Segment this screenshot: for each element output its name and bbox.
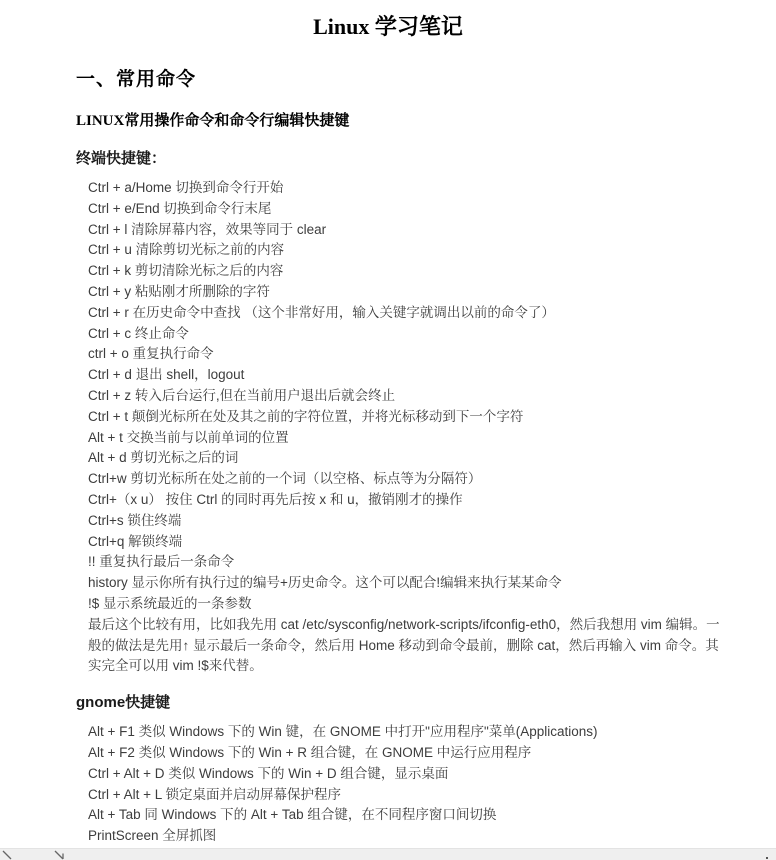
shortcut-line: Alt + Tab 同 Windows 下的 Alt + Tab 组合键，在不同… <box>88 805 776 826</box>
shortcut-line: Ctrl+s 锁住终端 <box>88 511 776 532</box>
document-page: Linux 学习笔记 一、常用命令 LINUX常用操作命令和命令行编辑快捷键 终… <box>0 0 776 860</box>
shortcut-line: Ctrl+q 解锁终端 <box>88 532 776 553</box>
shortcut-line: !! 重复执行最后一条命令 <box>88 552 776 573</box>
shortcut-line: Ctrl + Alt + D 类似 Windows 下的 Win + D 组合键… <box>88 764 776 785</box>
shortcut-line: Ctrl + a/Home 切换到命令行开始 <box>88 178 776 199</box>
shortcut-line: Ctrl + t 颠倒光标所在处及其之前的字符位置，并将光标移动到下一个字符 <box>88 407 776 428</box>
shortcut-line: Ctrl + c 终止命令 <box>88 324 776 345</box>
shortcut-line: Ctrl + u 清除剪切光标之前的内容 <box>88 240 776 261</box>
terminal-note-paragraph: 最后这个比较有用，比如我先用 cat /etc/sysconfig/networ… <box>88 615 728 677</box>
section-heading: 一、常用命令 <box>76 68 776 91</box>
shortcut-line: Ctrl + e/End 切换到命令行末尾 <box>88 199 776 220</box>
diagonal-arrow-icon[interactable] <box>53 850 67 860</box>
resize-dot <box>766 857 768 859</box>
gnome-shortcuts-heading: gnome快捷键 <box>76 693 776 712</box>
diagonal-stroke-icon[interactable] <box>2 850 14 860</box>
shortcut-line: Ctrl + k 剪切清除光标之后的内容 <box>88 261 776 282</box>
shortcut-line: Ctrl + z 转入后台运行,但在当前用户退出后就会终止 <box>88 386 776 407</box>
shortcut-line: Alt + t 交换当前与以前单词的位置 <box>88 428 776 449</box>
shortcut-line: Ctrl + Alt + L 锁定桌面并启动屏幕保护程序 <box>88 785 776 806</box>
shortcut-line: history 显示你所有执行过的编号+历史命令。这个可以配合!编辑来执行某某命… <box>88 573 776 594</box>
shortcut-line: Alt + F1 类似 Windows 下的 Win 键，在 GNOME 中打开… <box>88 722 776 743</box>
shortcut-line: Ctrl + d 退出 shell，logout <box>88 365 776 386</box>
taskbar-strip <box>0 848 776 860</box>
terminal-shortcuts-heading: 终端快捷键： <box>76 149 776 168</box>
shortcut-line: Alt + d 剪切光标之后的词 <box>88 448 776 469</box>
shortcut-line: Alt + F2 类似 Windows 下的 Win + R 组合键，在 GNO… <box>88 743 776 764</box>
terminal-shortcuts-list: Ctrl + a/Home 切换到命令行开始 Ctrl + e/End 切换到命… <box>88 178 776 677</box>
shortcut-line: Ctrl + y 粘贴刚才所删除的字符 <box>88 282 776 303</box>
section-subtitle: LINUX常用操作命令和命令行编辑快捷键 <box>76 112 776 131</box>
shortcut-line: PrintScreen 全屏抓图 <box>88 826 776 847</box>
shortcut-line: Ctrl + l 清除屏幕内容，效果等同于 clear <box>88 220 776 241</box>
shortcut-line: ctrl + o 重复执行命令 <box>88 344 776 365</box>
shortcut-line: Ctrl+w 剪切光标所在处之前的一个词（以空格、标点等为分隔符） <box>88 469 776 490</box>
shortcut-line: !$ 显示系统最近的一条参数 <box>88 594 776 615</box>
page-title: Linux 学习笔记 <box>0 0 776 41</box>
shortcut-line: Ctrl+（x u） 按住 Ctrl 的同时再先后按 x 和 u，撤销刚才的操作 <box>88 490 776 511</box>
shortcut-line: Ctrl + r 在历史命令中查找 （这个非常好用，输入关键字就调出以前的命令了… <box>88 303 776 324</box>
gnome-shortcuts-list: Alt + F1 类似 Windows 下的 Win 键，在 GNOME 中打开… <box>88 722 776 860</box>
